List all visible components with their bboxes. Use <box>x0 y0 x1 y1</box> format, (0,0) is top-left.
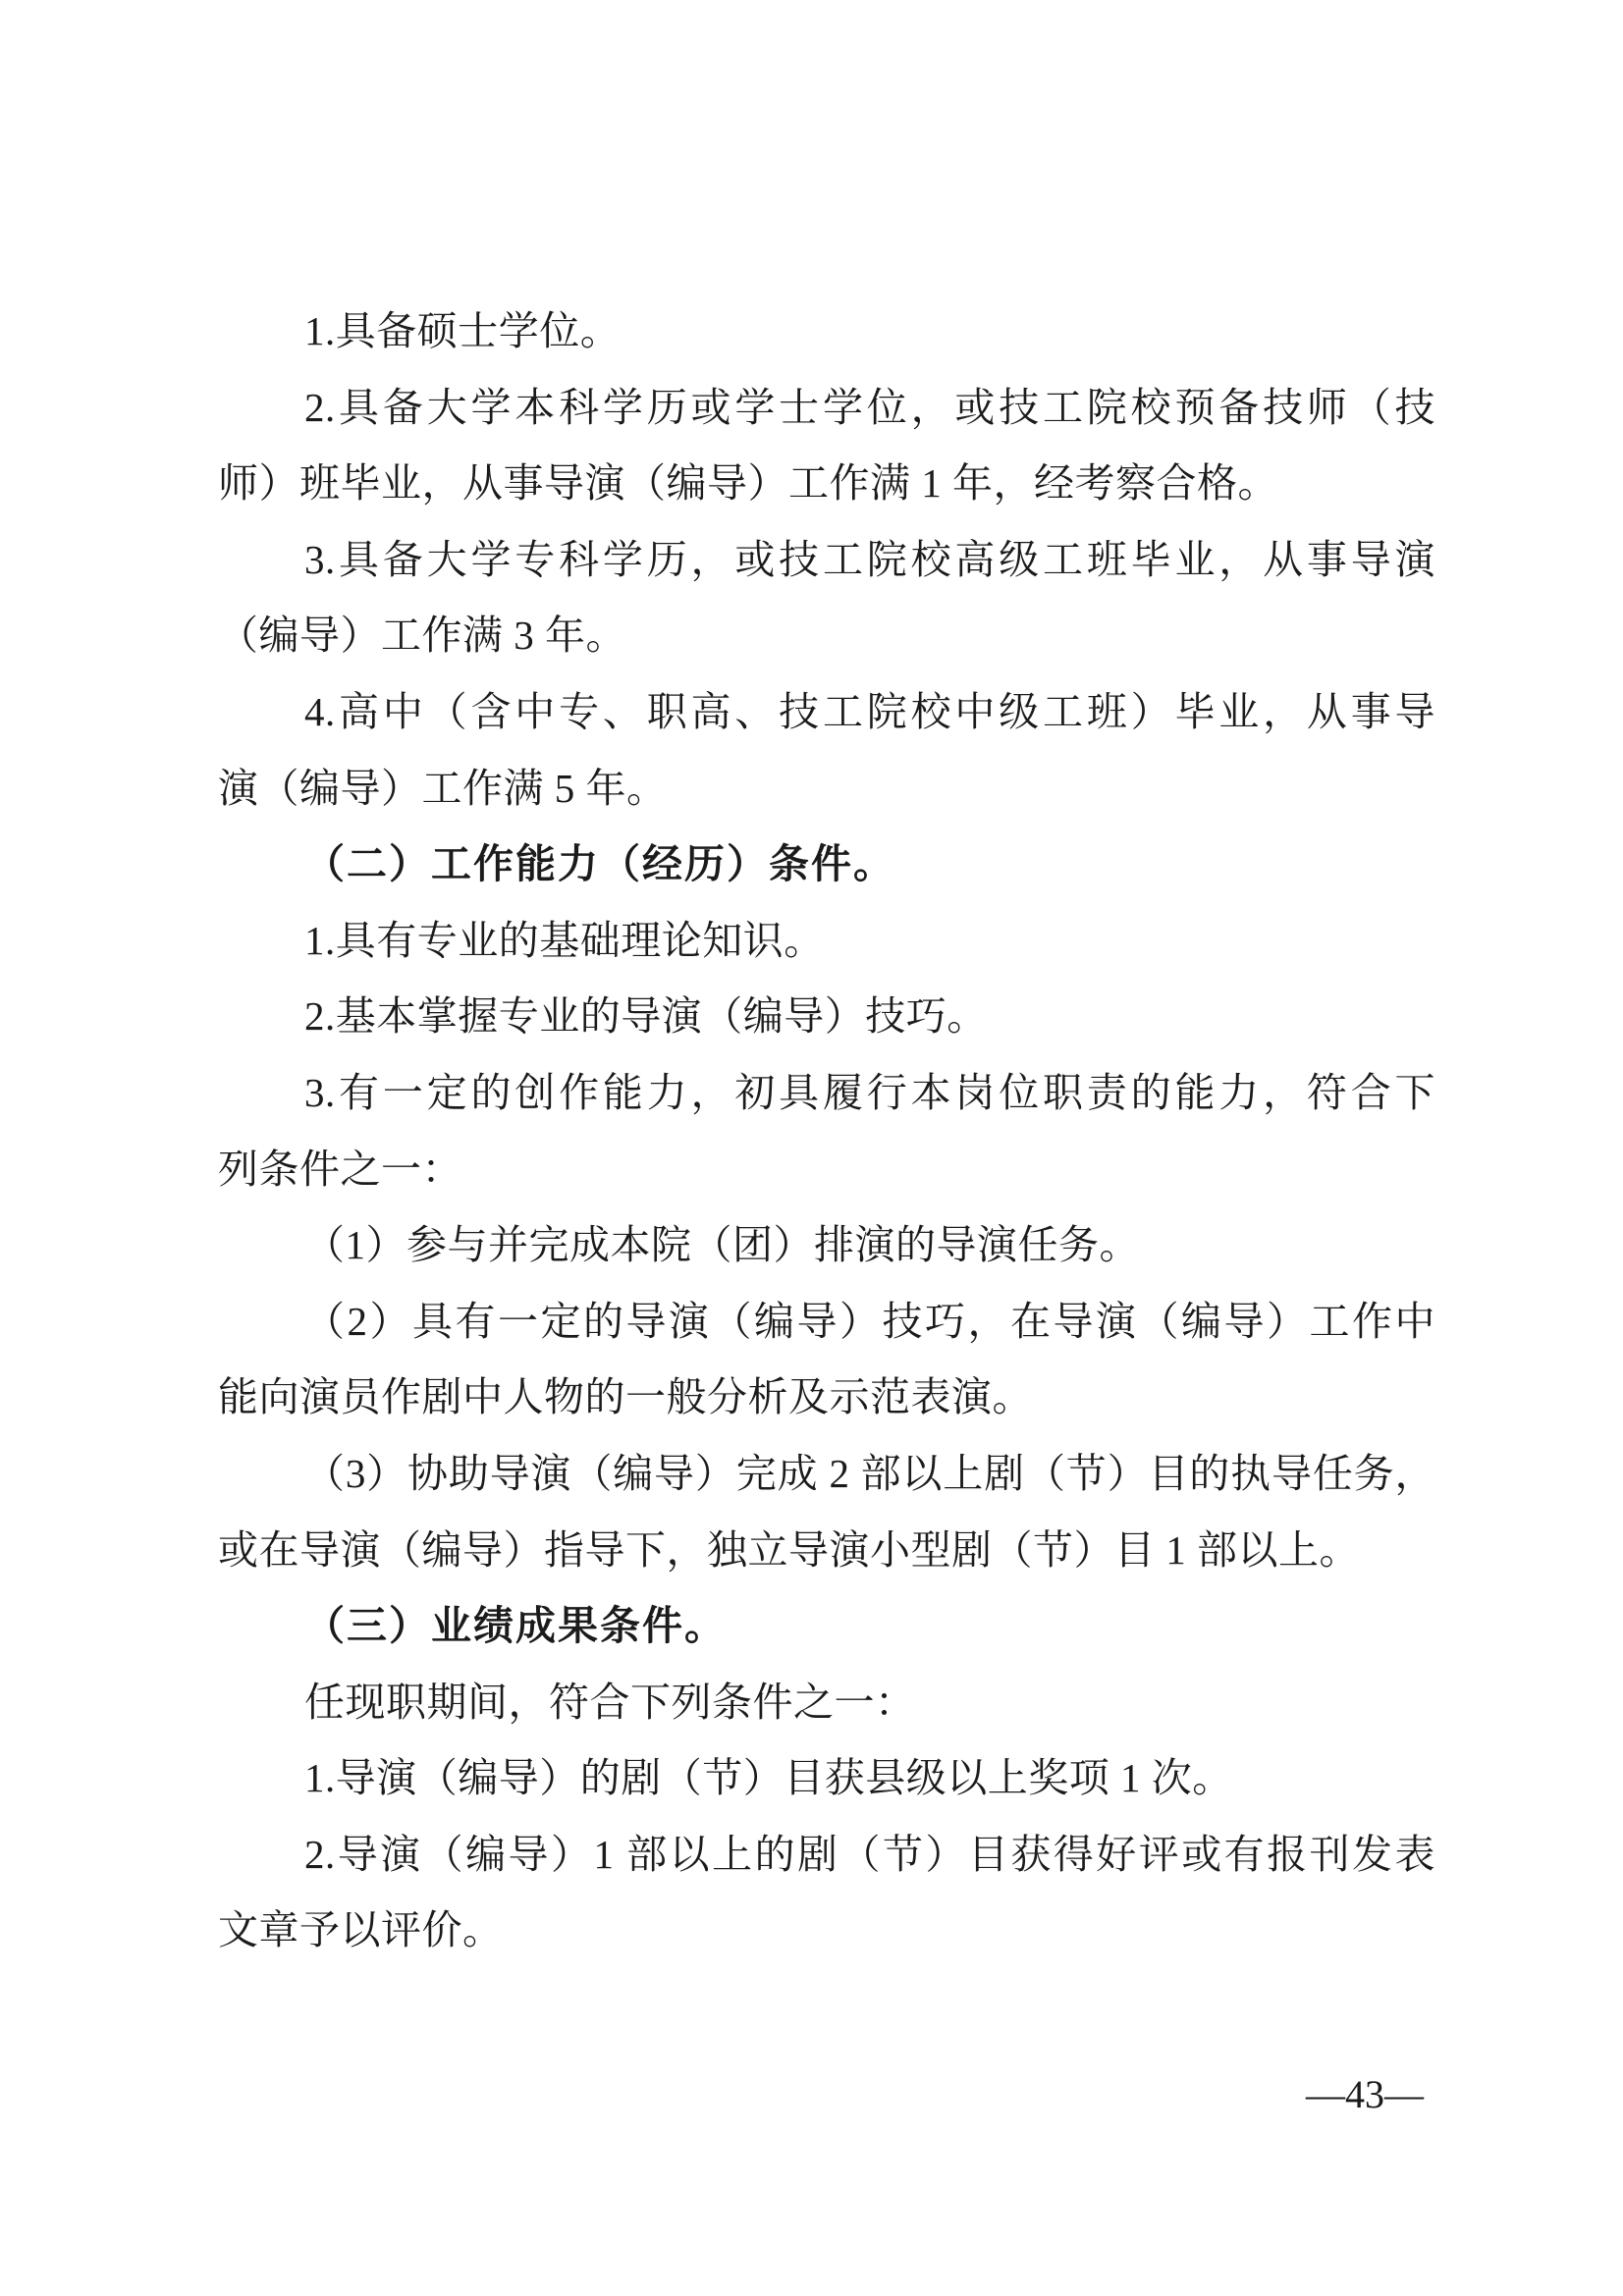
text-line: （2）具有一定的导演（编导）技巧，在导演（编导）工作中 <box>218 1284 1435 1361</box>
text-line: 2.基本掌握专业的导演（编导）技巧。 <box>218 979 1435 1055</box>
text-line: 2.导演（编导）1 部以上的剧（节）目获得好评或有报刊发表 <box>218 1817 1435 1894</box>
text-line: 3.具备大学专科学历，或技工院校高级工班毕业，从事导演 <box>218 522 1435 599</box>
paragraph: （3）协助导演（编导）完成 2 部以上剧（节）目的执导任务，或在导演（编导）指导… <box>218 1436 1435 1588</box>
document-body: 1.具备硕士学位。2.具备大学本科学历或学士学位，或技工院校预备技师（技师）班毕… <box>218 294 1435 1969</box>
text-line: 列条件之一： <box>218 1132 1435 1208</box>
text-line: 1.具备硕士学位。 <box>218 294 1435 370</box>
text-line: 能向演员作剧中人物的一般分析及示范表演。 <box>218 1360 1435 1436</box>
paragraph: 1.具有专业的基础理论知识。 <box>218 903 1435 980</box>
section-heading: （二）工作能力（经历）条件。 <box>218 827 1435 903</box>
text-line: （3）协助导演（编导）完成 2 部以上剧（节）目的执导任务， <box>218 1436 1435 1513</box>
text-line: 4.高中（含中专、职高、技工院校中级工班）毕业，从事导 <box>218 674 1435 751</box>
text-line: 任现职期间，符合下列条件之一： <box>218 1665 1435 1741</box>
text-line: 师）班毕业，从事导演（编导）工作满 1 年，经考察合格。 <box>218 446 1435 522</box>
paragraph: 1.具备硕士学位。 <box>218 294 1435 370</box>
document-page: 1.具备硕士学位。2.具备大学本科学历或学士学位，或技工院校预备技师（技师）班毕… <box>0 0 1623 2296</box>
paragraph: （1）参与并完成本院（团）排演的导演任务。 <box>218 1207 1435 1284</box>
paragraph: 1.导演（编导）的剧（节）目获县级以上奖项 1 次。 <box>218 1740 1435 1817</box>
section-heading: （三）业绩成果条件。 <box>218 1588 1435 1665</box>
text-line: 2.具备大学本科学历或学士学位，或技工院校预备技师（技 <box>218 370 1435 447</box>
text-line: （二）工作能力（经历）条件。 <box>218 827 1435 903</box>
paragraph: 2.基本掌握专业的导演（编导）技巧。 <box>218 979 1435 1055</box>
text-line: （编导）工作满 3 年。 <box>218 598 1435 674</box>
text-line: 文章予以评价。 <box>218 1893 1435 1969</box>
paragraph: （2）具有一定的导演（编导）技巧，在导演（编导）工作中能向演员作剧中人物的一般分… <box>218 1284 1435 1436</box>
text-line: 1.导演（编导）的剧（节）目获县级以上奖项 1 次。 <box>218 1740 1435 1817</box>
text-line: 或在导演（编导）指导下，独立导演小型剧（节）目 1 部以上。 <box>218 1513 1435 1589</box>
page-number: —43— <box>1306 2071 1424 2118</box>
text-line: （1）参与并完成本院（团）排演的导演任务。 <box>218 1207 1435 1284</box>
paragraph: 任现职期间，符合下列条件之一： <box>218 1665 1435 1741</box>
text-line: （三）业绩成果条件。 <box>218 1588 1435 1665</box>
paragraph: 3.有一定的创作能力，初具履行本岗位职责的能力，符合下列条件之一： <box>218 1055 1435 1207</box>
text-line: 3.有一定的创作能力，初具履行本岗位职责的能力，符合下 <box>218 1055 1435 1132</box>
text-line: 1.具有专业的基础理论知识。 <box>218 903 1435 980</box>
paragraph: 4.高中（含中专、职高、技工院校中级工班）毕业，从事导演（编导）工作满 5 年。 <box>218 674 1435 827</box>
paragraph: 3.具备大学专科学历，或技工院校高级工班毕业，从事导演（编导）工作满 3 年。 <box>218 522 1435 674</box>
paragraph: 2.具备大学本科学历或学士学位，或技工院校预备技师（技师）班毕业，从事导演（编导… <box>218 370 1435 522</box>
text-line: 演（编导）工作满 5 年。 <box>218 751 1435 828</box>
paragraph: 2.导演（编导）1 部以上的剧（节）目获得好评或有报刊发表文章予以评价。 <box>218 1817 1435 1969</box>
